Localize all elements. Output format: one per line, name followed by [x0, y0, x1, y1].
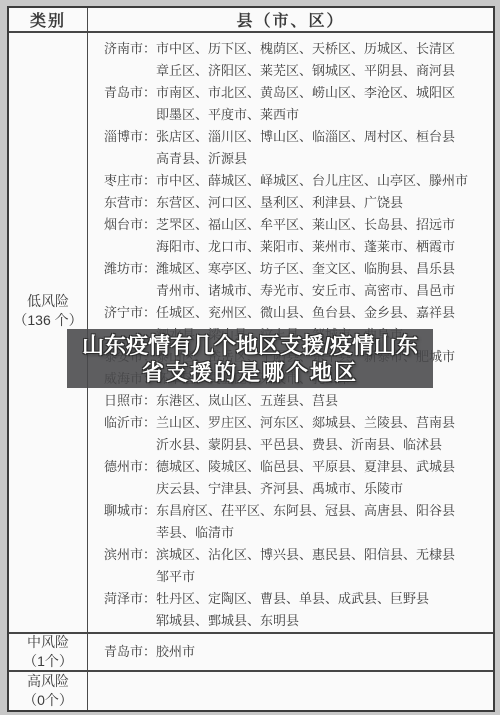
header-county: 县（市、区）	[88, 8, 493, 33]
city-line: 东营市：东营区、河口区、垦利区、利津县、广饶县	[104, 192, 487, 214]
county-cell-2	[88, 670, 493, 710]
city-line: 烟台市：芝罘区、福山区、牟平区、莱山区、长岛县、招远市	[104, 214, 487, 236]
category-inner: 高风险（0个）	[23, 672, 73, 710]
watermark-line2: 省支援的是哪个地区	[142, 359, 358, 386]
city-line: 济南市：市中区、历下区、槐荫区、天桥区、历城区、长清区	[104, 38, 487, 60]
category-inner: 中风险（1个）	[23, 633, 73, 671]
city-line: 高青县、沂源县	[104, 148, 487, 170]
city-line: 章丘区、济阳区、莱芜区、钢城区、平阴县、商河县	[104, 60, 487, 82]
city-entry: 聊城市：东昌府区、茌平区、东阿县、冠县、高唐县、阳谷县莘县、临清市	[104, 500, 487, 544]
city-line: 淄博市：张店区、淄川区、博山区、临淄区、周村区、桓台县	[104, 126, 487, 148]
city-line: 莘县、临清市	[104, 522, 487, 544]
city-entry: 临沂市：兰山区、罗庄区、河东区、郯城县、兰陵县、莒南县沂水县、蒙阴县、平邑县、费…	[104, 412, 487, 456]
city-line: 临沂市：兰山区、罗庄区、河东区、郯城县、兰陵县、莒南县	[104, 412, 487, 434]
city-entry: 济南市：市中区、历下区、槐荫区、天桥区、历城区、长清区章丘区、济阳区、莱芜区、钢…	[104, 38, 487, 82]
category-label: 低风险	[13, 292, 82, 311]
city-entry: 青岛市：市南区、市北区、黄岛区、崂山区、李沧区、城阳区即墨区、平度市、莱西市	[104, 82, 487, 126]
category-count: （136 个）	[13, 311, 82, 330]
city-line: 济宁市：任城区、兖州区、微山县、鱼台县、金乡县、嘉祥县	[104, 302, 487, 324]
city-line: 郓城县、鄄城县、东明县	[104, 610, 487, 632]
county-cell-1: 青岛市：胶州市	[88, 632, 493, 670]
city-entry: 日照市：东港区、岚山区、五莲县、莒县	[104, 390, 487, 412]
city-entry: 枣庄市：市中区、薛城区、峄城区、台儿庄区、山亭区、滕州市	[104, 170, 487, 192]
category-count: （0个）	[23, 691, 73, 710]
city-entry: 菏泽市：牡丹区、定陶区、曹县、单县、成武县、巨野县郓城县、鄄城县、东明县	[104, 588, 487, 632]
watermark-overlay: 山东疫情有几个地区支援/疫情山东 省支援的是哪个地区	[67, 329, 433, 388]
category-label: 中风险	[23, 633, 73, 652]
city-line: 即墨区、平度市、莱西市	[104, 104, 487, 126]
watermark-line1: 山东疫情有几个地区支援/疫情山东	[82, 332, 418, 359]
city-entry: 东营市：东营区、河口区、垦利区、利津县、广饶县	[104, 192, 487, 214]
city-entry: 德州市：德城区、陵城区、临邑县、平原县、夏津县、武城县庆云县、宁津县、齐河县、禹…	[104, 456, 487, 500]
city-line: 邹平市	[104, 566, 487, 588]
city-line: 菏泽市：牡丹区、定陶区、曹县、单县、成武县、巨野县	[104, 588, 487, 610]
city-line: 德州市：德城区、陵城区、临邑县、平原县、夏津县、武城县	[104, 456, 487, 478]
city-line: 沂水县、蒙阴县、平邑县、费县、沂南县、临沭县	[104, 434, 487, 456]
city-line: 庆云县、宁津县、齐河县、禹城市、乐陵市	[104, 478, 487, 500]
city-entry: 潍坊市：潍城区、寒亭区、坊子区、奎文区、临朐县、昌乐县青州市、诸城市、寿光市、安…	[104, 258, 487, 302]
city-line: 青州市、诸城市、寿光市、安丘市、高密市、昌邑市	[104, 280, 487, 302]
city-line: 潍坊市：潍城区、寒亭区、坊子区、奎文区、临朐县、昌乐县	[104, 258, 487, 280]
city-line: 聊城市：东昌府区、茌平区、东阿县、冠县、高唐县、阳谷县	[104, 500, 487, 522]
header-category: 类别	[9, 8, 88, 33]
category-count: （1个）	[23, 652, 73, 671]
city-entry: 滨州市：滨城区、沾化区、博兴县、惠民县、阳信县、无棣县邹平市	[104, 544, 487, 588]
page: { "colors": { "page_background": "#c8c8c…	[0, 0, 500, 715]
city-entry: 烟台市：芝罘区、福山区、牟平区、莱山区、长岛县、招远市海阳市、龙口市、莱阳市、莱…	[104, 214, 487, 258]
category-cell-1: 中风险（1个）	[9, 632, 88, 670]
city-line: 滨州市：滨城区、沾化区、博兴县、惠民县、阳信县、无棣县	[104, 544, 487, 566]
city-line: 日照市：东港区、岚山区、五莲县、莒县	[104, 390, 487, 412]
city-line: 海阳市、龙口市、莱阳市、莱州市、蓬莱市、栖霞市	[104, 236, 487, 258]
category-inner: 低风险（136 个）	[13, 292, 82, 330]
category-label: 高风险	[23, 672, 73, 691]
city-entry: 淄博市：张店区、淄川区、博山区、临淄区、周村区、桓台县高青县、沂源县	[104, 126, 487, 170]
city-line: 青岛市：胶州市	[104, 641, 487, 663]
city-line: 青岛市：市南区、市北区、黄岛区、崂山区、李沧区、城阳区	[104, 82, 487, 104]
category-cell-2: 高风险（0个）	[9, 670, 88, 710]
city-entry: 青岛市：胶州市	[104, 641, 487, 663]
city-line: 枣庄市：市中区、薛城区、峄城区、台儿庄区、山亭区、滕州市	[104, 170, 487, 192]
